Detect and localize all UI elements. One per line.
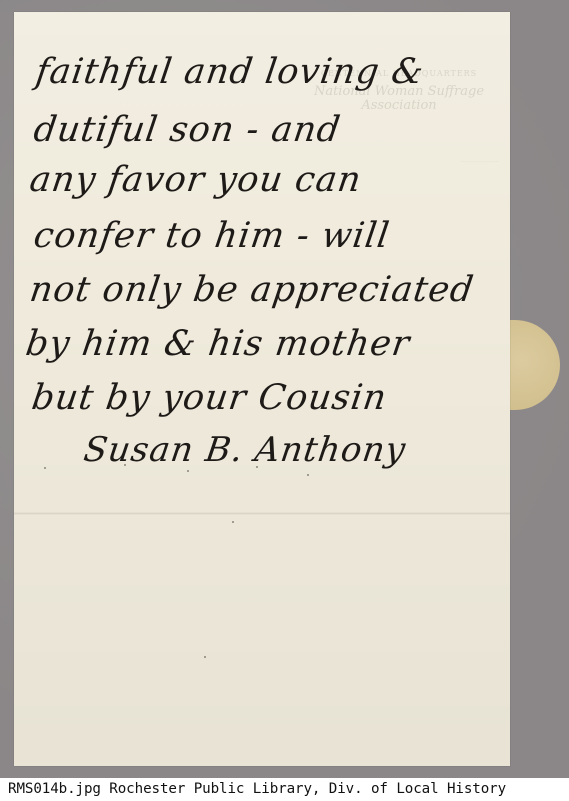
image-caption: RMS014b.jpg Rochester Public Library, Di… (8, 781, 506, 797)
handwritten-line: any favor you can (27, 160, 364, 200)
letter-page: CENTENNIAL HEADQUARTERS National Woman S… (14, 12, 510, 766)
handwritten-line: not only be appreciated (27, 270, 476, 310)
handwritten-line: confer to him - will (31, 216, 392, 256)
handwritten-text: faithful and loving & dutiful son - and … (14, 12, 510, 766)
signature: Susan B. Anthony (81, 430, 408, 470)
image-caption-bar: RMS014b.jpg Rochester Public Library, Di… (0, 778, 569, 801)
handwritten-line: but by your Cousin (29, 378, 389, 418)
handwritten-line: by him & his mother (23, 324, 412, 364)
handwritten-line: faithful and loving & (33, 52, 426, 92)
handwritten-line: dutiful son - and (31, 110, 343, 150)
